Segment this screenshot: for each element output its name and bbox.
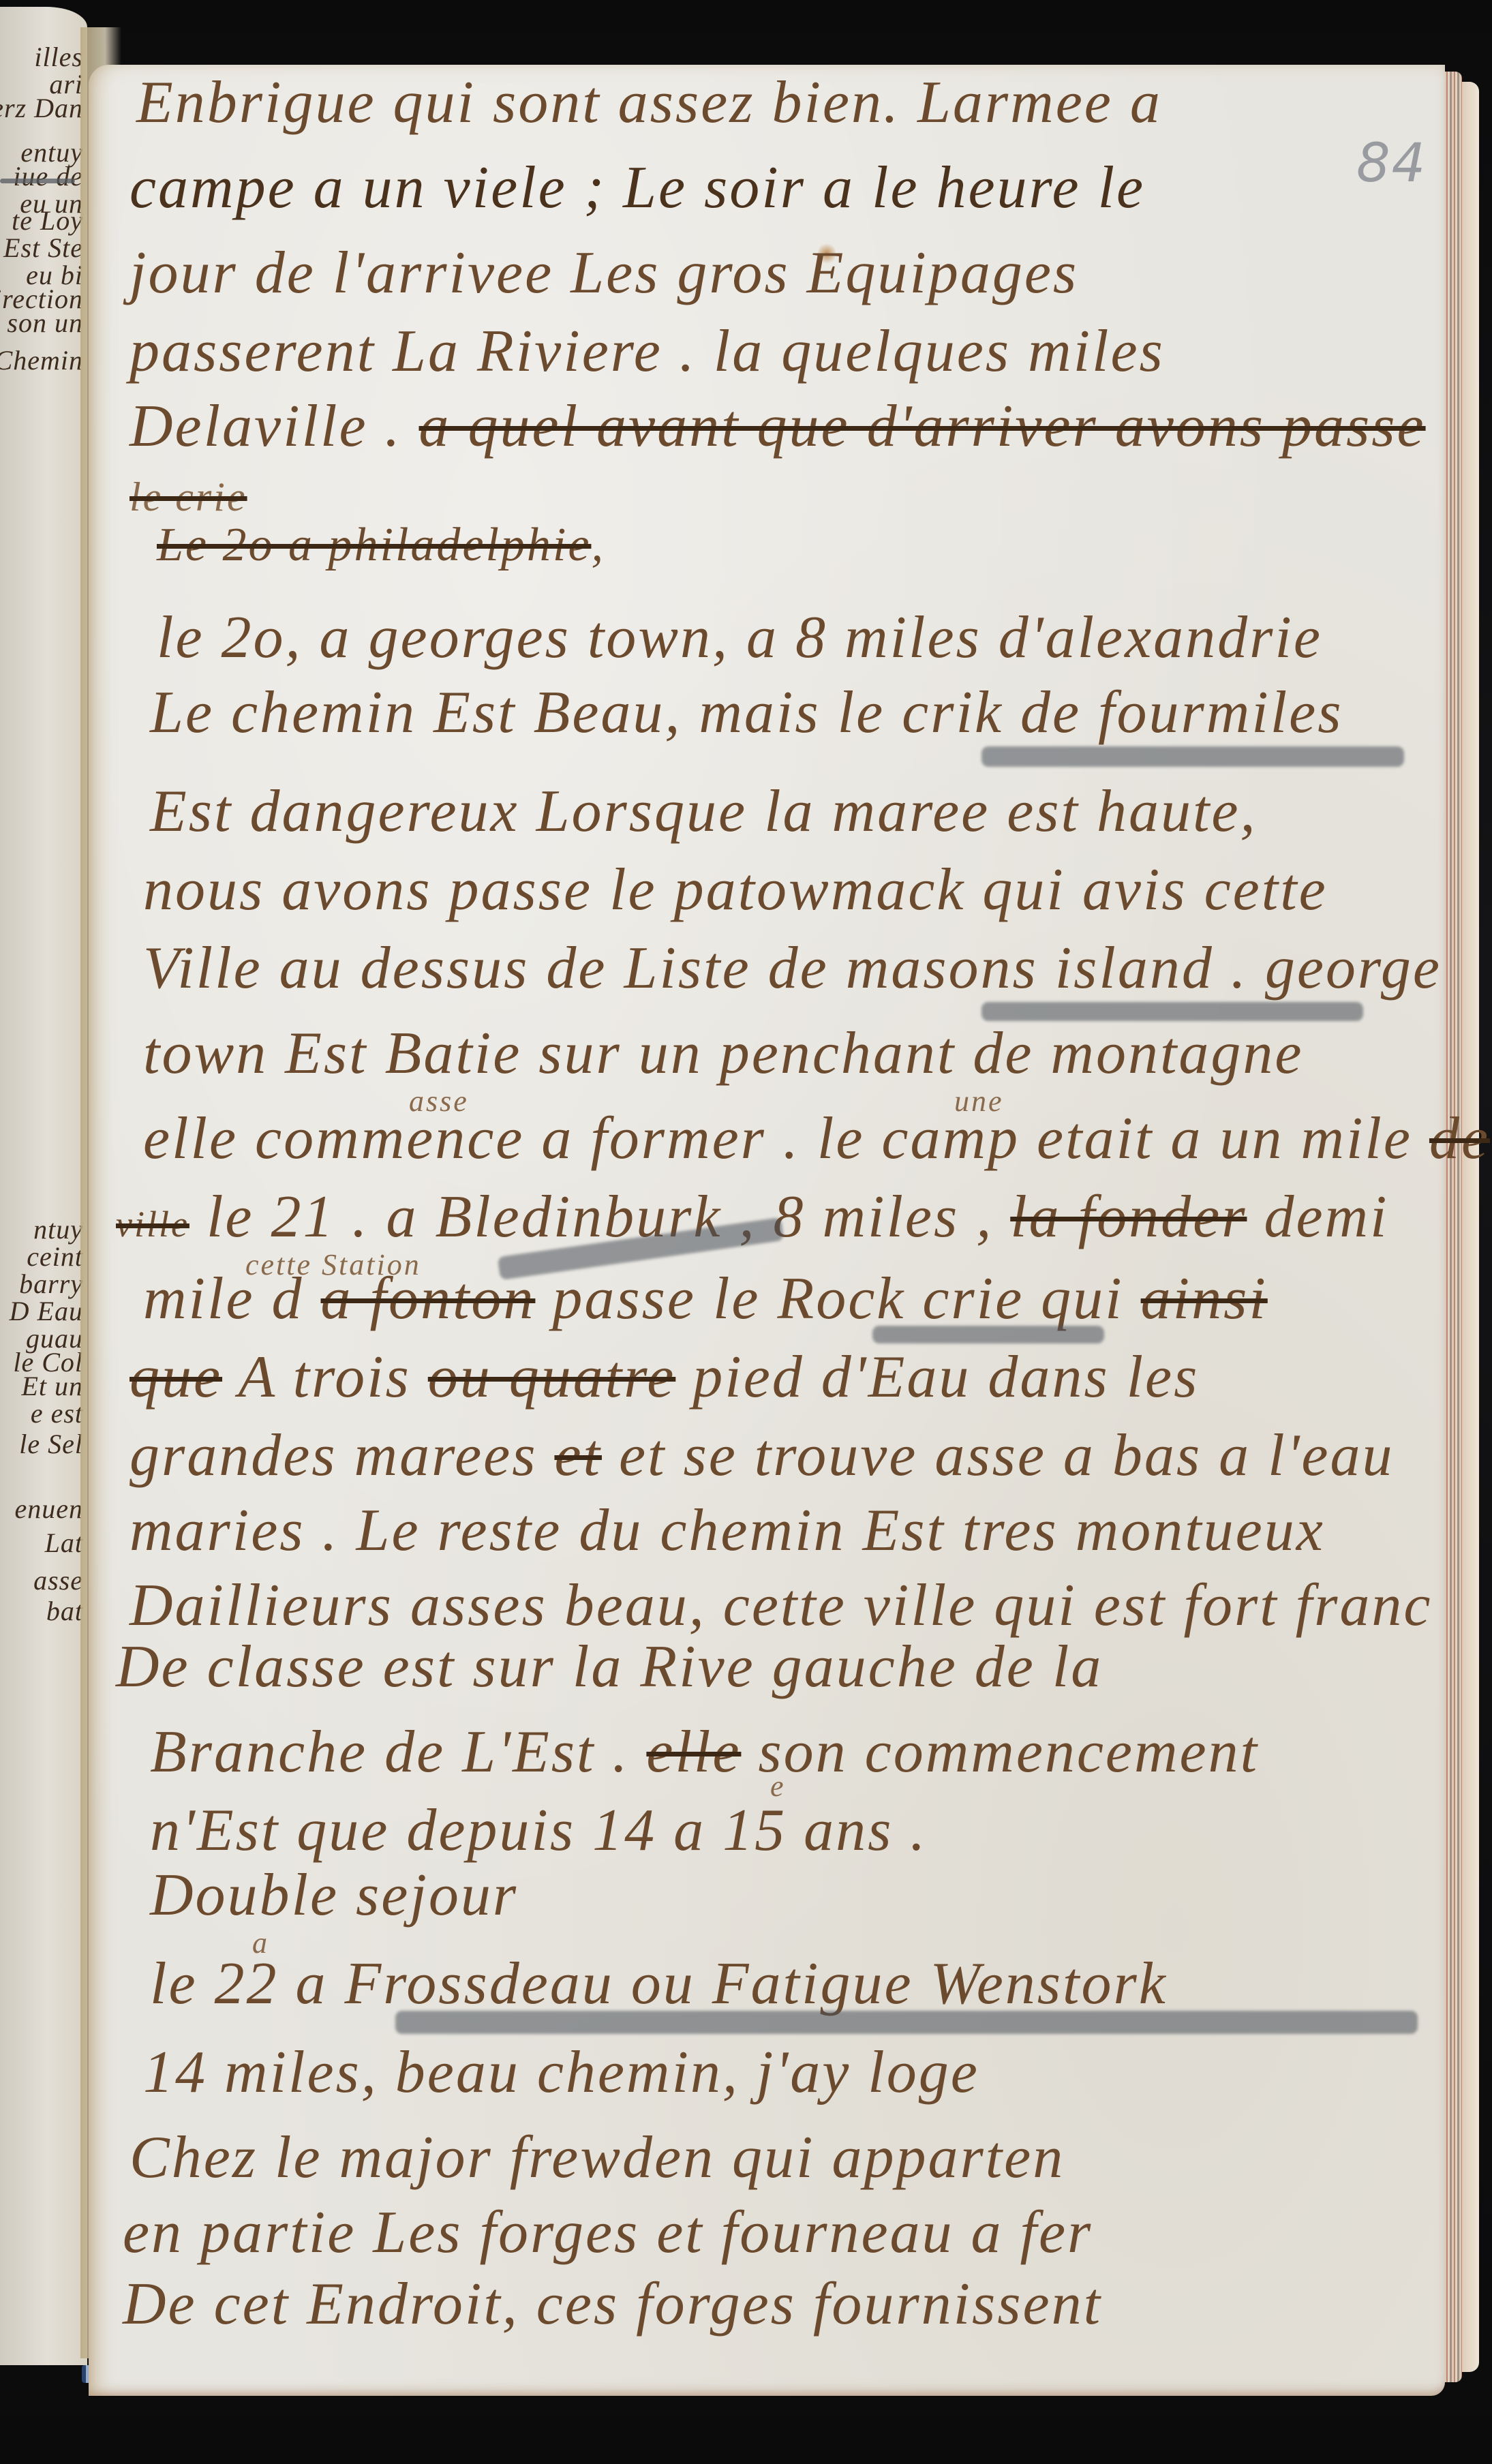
facing-fragment: asse: [33, 1564, 83, 1596]
line-text: maries . Le reste du chemin Est tres mon…: [130, 1497, 1325, 1564]
facing-fragment: bat: [46, 1595, 83, 1627]
line-text: De classe est sur la Rive gauche de la: [116, 1634, 1103, 1700]
facing-page: illes ari erz Dan entuy iue de eu un te …: [0, 7, 87, 2365]
line-text: De cet Endroit, ces forges fournissent: [123, 2271, 1102, 2337]
line-text: Branche de L'Est .: [150, 1719, 629, 1785]
interlinear-insertion: cette Station: [245, 1247, 421, 1282]
line-text: campe a un viele ; Le soir a le heure le: [130, 155, 1145, 221]
struck-text: ou quatre: [428, 1344, 676, 1410]
pencil-underline: [872, 1326, 1104, 1343]
facing-fragment: e est: [31, 1397, 83, 1429]
line-text: le 22 a Frossdeau ou Fatigue Wenstork: [150, 1951, 1168, 2017]
facing-fragment: enuen: [14, 1493, 83, 1525]
line-text: jour de l'arrivee Les gros Equipages: [130, 240, 1078, 306]
struck-text: et: [554, 1423, 602, 1489]
manuscript-line: campe a un viele ; Le soir a le heure le: [130, 153, 1145, 222]
manuscript-line: elle commence a former . le camp etait a…: [143, 1104, 1490, 1173]
line-text: passerent La Riviere . la quelques miles: [130, 318, 1165, 384]
struck-text: ainsi: [1141, 1266, 1268, 1332]
struck-text: ville: [116, 1204, 189, 1245]
manuscript-line: que A trois ou quatre pied d'Eau dans le…: [130, 1343, 1199, 1412]
manuscript-line: De cet Endroit, ces forges fournissent: [123, 2270, 1102, 2339]
line-text: le 21 . a Bledinburk , 8 miles ,: [207, 1184, 993, 1250]
manuscript-line: nous avons passe le patowmack qui avis c…: [143, 855, 1328, 924]
manuscript-line: passerent La Riviere . la quelques miles: [130, 317, 1165, 386]
line-text: town Est Batie sur un penchant de montag…: [143, 1020, 1303, 1086]
pencil-underline: [981, 1002, 1363, 1021]
pencil-underline: [0, 179, 75, 183]
pencil-underline: [981, 746, 1404, 767]
line-text: Delaville .: [130, 393, 402, 459]
line-text: Daillieurs asses beau, cette ville qui e…: [130, 1572, 1432, 1639]
line-text: Chez le major frewden qui apparten: [130, 2125, 1065, 2191]
line-text: son commencement: [758, 1719, 1259, 1785]
line-text: n'Est que depuis 14 a 15 ans .: [150, 1797, 927, 1864]
manuscript-line: Delaville . a quel avant que d'arriver a…: [130, 392, 1426, 461]
line-text: Enbrigue qui sont assez bien. Larmee a: [136, 70, 1162, 136]
manuscript-line: Ville au dessus de Liste de masons islan…: [143, 934, 1442, 1003]
line-text: Le chemin Est Beau, mais le crik de four…: [150, 680, 1343, 746]
interlinear-insertion: une: [954, 1084, 1004, 1119]
struck-text: a quel avant que d'arriver avons passe: [419, 393, 1426, 459]
struck-text: de: [1429, 1106, 1490, 1172]
manuscript-line: Branche de L'Est . elle son commencement: [150, 1718, 1259, 1786]
manuscript-line: en partie Les forges et fourneau a fer: [123, 2198, 1093, 2267]
facing-fragment: Chemin: [0, 344, 83, 376]
facing-fragment: son un: [7, 307, 83, 339]
pencil-underline: [395, 2011, 1418, 2034]
manuscript-line: 14 miles, beau chemin, j'ay loge: [143, 2038, 979, 2107]
struck-text: Le 2o a philadelphie: [157, 519, 591, 571]
line-text: grandes marees: [130, 1423, 537, 1489]
page-number: 84: [1356, 133, 1427, 194]
line-text: elle commence a former . le camp etait a…: [143, 1106, 1412, 1172]
manuscript-line: Le chemin Est Beau, mais le crik de four…: [150, 678, 1343, 747]
manuscript-line: Enbrigue qui sont assez bien. Larmee a: [136, 68, 1162, 137]
manuscript-line: Double sejour: [150, 1861, 518, 1930]
line-text: passe le Rock crie qui: [552, 1266, 1123, 1332]
line-text: A trois: [238, 1344, 410, 1410]
manuscript-line: Daillieurs asses beau, cette ville qui e…: [130, 1571, 1432, 1640]
struck-text: que: [130, 1344, 222, 1410]
struck-text: le crie: [130, 474, 247, 519]
line-text: Ville au dessus de Liste de masons islan…: [143, 935, 1442, 1001]
manuscript-line: De classe est sur la Rive gauche de la: [116, 1632, 1103, 1701]
line-text: 14 miles, beau chemin, j'ay loge: [143, 2039, 979, 2105]
line-text: en partie Les forges et fourneau a fer: [123, 2200, 1093, 2266]
manuscript-line: town Est Batie sur un penchant de montag…: [143, 1019, 1303, 1088]
line-text: et se trouve asse a bas a l'eau: [619, 1423, 1394, 1489]
manuscript-line: Le 2o a philadelphie,: [157, 518, 605, 573]
interlinear-insertion: e: [770, 1769, 786, 1804]
line-text: demi: [1264, 1184, 1388, 1250]
line-text: Double sejour: [150, 1862, 518, 1928]
manuscript-line: le crie: [130, 474, 247, 521]
line-text: le 2o, a georges town, a 8 miles d'alexa…: [157, 605, 1322, 671]
facing-fragment: erz Dan: [0, 92, 83, 124]
interlinear-insertion: asse: [409, 1084, 469, 1119]
facing-fragment: Lat: [45, 1527, 83, 1559]
manuscript-line: le 2o, a georges town, a 8 miles d'alexa…: [157, 603, 1322, 672]
line-text: ,: [591, 519, 605, 571]
struck-text: la fonder: [1010, 1184, 1247, 1250]
manuscript-line: Chez le major frewden qui apparten: [130, 2123, 1065, 2192]
struck-text: elle: [646, 1719, 741, 1785]
manuscript-line: n'Est que depuis 14 a 15 ans .: [150, 1796, 927, 1865]
line-text: Est dangereux Lorsque la maree est haute…: [150, 778, 1257, 845]
manuscript-line: jour de l'arrivee Les gros Equipages: [130, 239, 1078, 307]
manuscript-line: le 22 a Frossdeau ou Fatigue Wenstork: [150, 1949, 1168, 2018]
line-text: nous avons passe le patowmack qui avis c…: [143, 857, 1328, 923]
interlinear-insertion: a: [252, 1926, 269, 1960]
manuscript-line: maries . Le reste du chemin Est tres mon…: [130, 1496, 1325, 1565]
manuscript-line: grandes marees et et se trouve asse a ba…: [130, 1421, 1394, 1490]
manuscript-page: 84 Enbrigue qui sont assez bien. Larmee …: [89, 65, 1445, 2396]
manuscript-line: Est dangereux Lorsque la maree est haute…: [150, 777, 1257, 846]
facing-fragment: le Sel: [19, 1428, 83, 1460]
line-text: pied d'Eau dans les: [692, 1344, 1199, 1410]
